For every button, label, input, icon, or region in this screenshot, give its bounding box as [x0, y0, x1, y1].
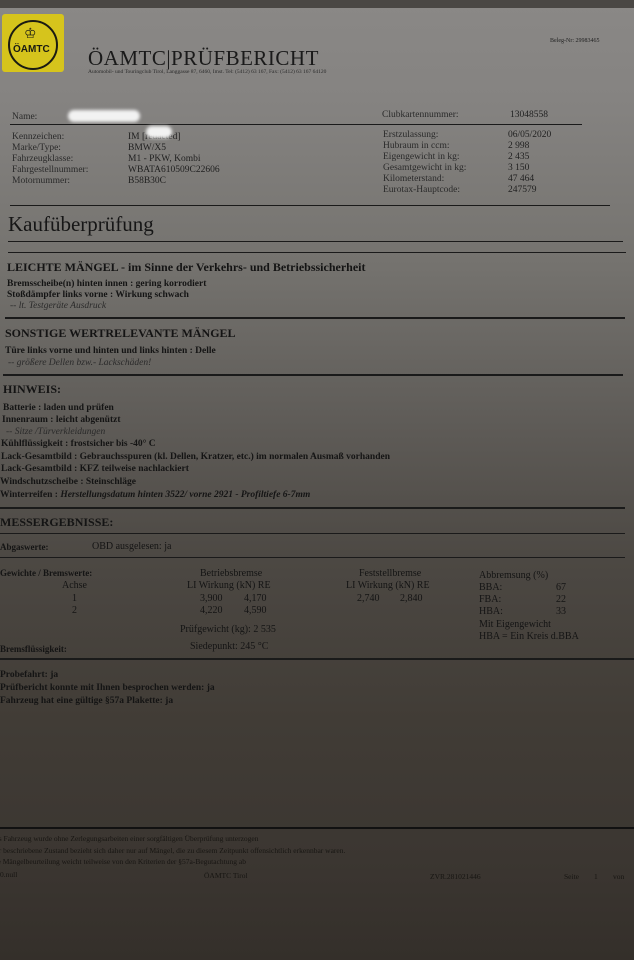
disclaimer-line: Die Mängelbeurteilung weicht teilweise v… — [0, 857, 246, 866]
divider — [10, 124, 582, 125]
exhaust-value: OBD ausgelesen: ja — [92, 541, 171, 552]
name-redaction — [68, 110, 140, 122]
eurotax-value: 247579 — [508, 185, 537, 195]
axle-1: 1 — [72, 593, 77, 604]
gross-weight-label: Gesamtgewicht in kg: — [383, 163, 466, 173]
divider — [0, 658, 634, 660]
page-of: von — [613, 872, 624, 881]
other-defect-note: -- größere Dellen bzw.- Lackschäden! — [8, 358, 151, 368]
minor-defects-subtitle: - im Sinne der Verkehrs- und Betriebssic… — [118, 260, 365, 274]
club-number-label: Clubkartennummer: — [382, 110, 459, 120]
note-line: Innenraum : leicht abgenützt — [2, 415, 121, 425]
divider — [8, 241, 623, 242]
curb-weight-value: 2 435 — [508, 152, 529, 162]
test-weight: Prüfgewicht (kg): 2 535 — [180, 624, 276, 635]
winter-tyres-value: Herstellungsdatum hinten 3522/ vorne 292… — [60, 490, 310, 500]
divider — [8, 252, 626, 253]
club-number-value: 13048558 — [510, 110, 548, 120]
service-brake-title: Betriebsbremse — [200, 568, 262, 579]
note-line: Kühlflüssigkeit : frostsicher bis -40° C — [1, 439, 156, 449]
minor-defects-heading: LEICHTE MÄNGEL - im Sinne der Verkehrs- … — [7, 260, 365, 275]
disclaimer-line: Der beschriebene Zustand bezieht sich da… — [0, 846, 345, 855]
displacement-label: Hubraum in ccm: — [383, 141, 449, 151]
gross-weight-value: 3 150 — [508, 163, 529, 173]
boiling-point: Siedepunkt: 245 °C — [190, 641, 268, 652]
parking-brake-sub: LI Wirkung (kN) RE — [346, 580, 430, 591]
minor-defects-title: LEICHTE MÄNGEL — [7, 260, 118, 274]
own-weight-note: Mit Eigengewicht — [479, 619, 551, 630]
oeamtc-logo: ♔ ÖAMTC — [2, 14, 64, 72]
fba-label: FBA: — [479, 594, 501, 605]
service-brake-sub: LI Wirkung (kN) RE — [187, 580, 271, 591]
document-title: ÖAMTC|PRÜFBERICHT — [88, 46, 319, 71]
note-line: -- Sitze /Türverkleidungen — [6, 427, 105, 437]
notes-heading: HINWEIS: — [3, 382, 61, 397]
divider — [0, 827, 634, 829]
disclaimer-line: Das Fahrzeug wurde ohne Zerlegungsarbeit… — [0, 834, 259, 843]
minor-defect-item: Stoßdämpfer links vorne : Wirkung schwac… — [7, 290, 189, 300]
engine-value: B58B30C — [128, 176, 166, 186]
version: 0.null — [0, 870, 17, 879]
vin-value: WBATA610509C22606 — [128, 165, 220, 175]
divider — [5, 317, 625, 319]
divider — [10, 205, 610, 206]
bba-label: BBA: — [479, 582, 502, 593]
plate-redaction — [146, 126, 172, 138]
curb-weight-label: Eigengewicht in kg: — [383, 152, 460, 162]
zvr-number: ZVR.281021446 — [430, 872, 481, 881]
divider — [0, 557, 625, 558]
hba-label: HBA: — [479, 606, 503, 617]
minor-defect-note: -- lt. Testgeräte Ausdruck — [10, 301, 106, 311]
service-brake-l2: 4,220 — [200, 605, 223, 616]
note-line: Windschutzscheibe : Steinschläge — [0, 477, 136, 487]
report-discussed: Prüfbericht konnte mit Ihnen besprochen … — [0, 683, 215, 693]
section-title: Kaufüberprüfung — [8, 212, 154, 237]
fba-value: 22 — [556, 594, 566, 605]
eagle-icon: ♔ — [24, 26, 37, 43]
winter-tyres-line: Winterreifen : Herstellungsdatum hinten … — [0, 490, 310, 500]
photo-edge — [0, 0, 634, 8]
other-defects-heading: SONSTIGE WERTRELEVANTE MÄNGEL — [5, 326, 236, 341]
weights-brakes-label: Gewichte / Bremswerte: — [0, 568, 92, 578]
plate-label: Kennzeichen: — [12, 132, 64, 142]
make-value: BMW/X5 — [128, 143, 166, 153]
divider — [0, 533, 625, 534]
service-brake-l1: 3,900 — [200, 593, 223, 604]
brake-fluid-label: Bremsflüssigkeit: — [0, 644, 67, 654]
divider — [0, 507, 625, 509]
braking-ratio-title: Abbremsung (%) — [479, 570, 548, 581]
exhaust-label: Abgaswerte: — [0, 542, 49, 552]
axle-2: 2 — [72, 605, 77, 616]
name-label: Name: — [12, 112, 37, 122]
note-line: Batterie : laden und prüfen — [3, 403, 114, 413]
eurotax-label: Eurotax-Hauptcode: — [383, 185, 460, 195]
minor-defect-item: Bremsscheibe(n) hinten innen : gering ko… — [7, 279, 206, 289]
engine-label: Motornummer: — [12, 176, 70, 186]
bba-value: 67 — [556, 582, 566, 593]
test-drive: Probefahrt: ja — [0, 670, 58, 680]
organisation: ÖAMTC Tirol — [204, 871, 248, 880]
displacement-value: 2 998 — [508, 141, 529, 151]
mileage-value: 47 464 — [508, 174, 534, 184]
winter-tyres-label: Winterreifen : — [0, 490, 60, 500]
logo-text: ÖAMTC — [13, 44, 50, 55]
mileage-label: Kilometerstand: — [383, 174, 444, 184]
club-address: Automobil- und Touringclub Tirol, Langga… — [88, 69, 326, 75]
sticker-valid: Fahrzeug hat eine gültige §57a Plakette:… — [0, 696, 173, 706]
other-defect-item: Türe links vorne und hinten und links hi… — [5, 346, 216, 356]
parking-brake-l1: 2,740 — [357, 593, 380, 604]
parking-brake-title: Feststellbremse — [359, 568, 421, 579]
page-label: Seite — [564, 872, 579, 881]
service-brake-r2: 4,590 — [244, 605, 267, 616]
measurements-heading: MESSERGEBNISSE: — [0, 515, 113, 530]
page-number: 1 — [594, 872, 598, 881]
note-line: Lack-Gesamtbild : KFZ teilweise nachlack… — [1, 464, 189, 474]
class-label: Fahrzeugklasse: — [12, 154, 73, 164]
axle-label: Achse — [62, 580, 87, 591]
class-value: M1 - PKW, Kombi — [128, 154, 201, 164]
make-label: Marke/Type: — [12, 143, 61, 153]
service-brake-r1: 4,170 — [244, 593, 267, 604]
note-line: Lack-Gesamtbild : Gebrauchsspuren (kl. D… — [1, 452, 390, 462]
first-registration-value: 06/05/2020 — [508, 130, 551, 140]
hba-value: 33 — [556, 606, 566, 617]
hba-note: HBA = Ein Kreis d.BBA — [479, 631, 579, 642]
parking-brake-r1: 2,840 — [400, 593, 423, 604]
divider — [3, 374, 623, 376]
vin-label: Fahrgestellnummer: — [12, 165, 88, 175]
first-registration-label: Erstzulassung: — [383, 130, 438, 140]
receipt-number: Beleg-Nr: 29983465 — [550, 38, 600, 44]
